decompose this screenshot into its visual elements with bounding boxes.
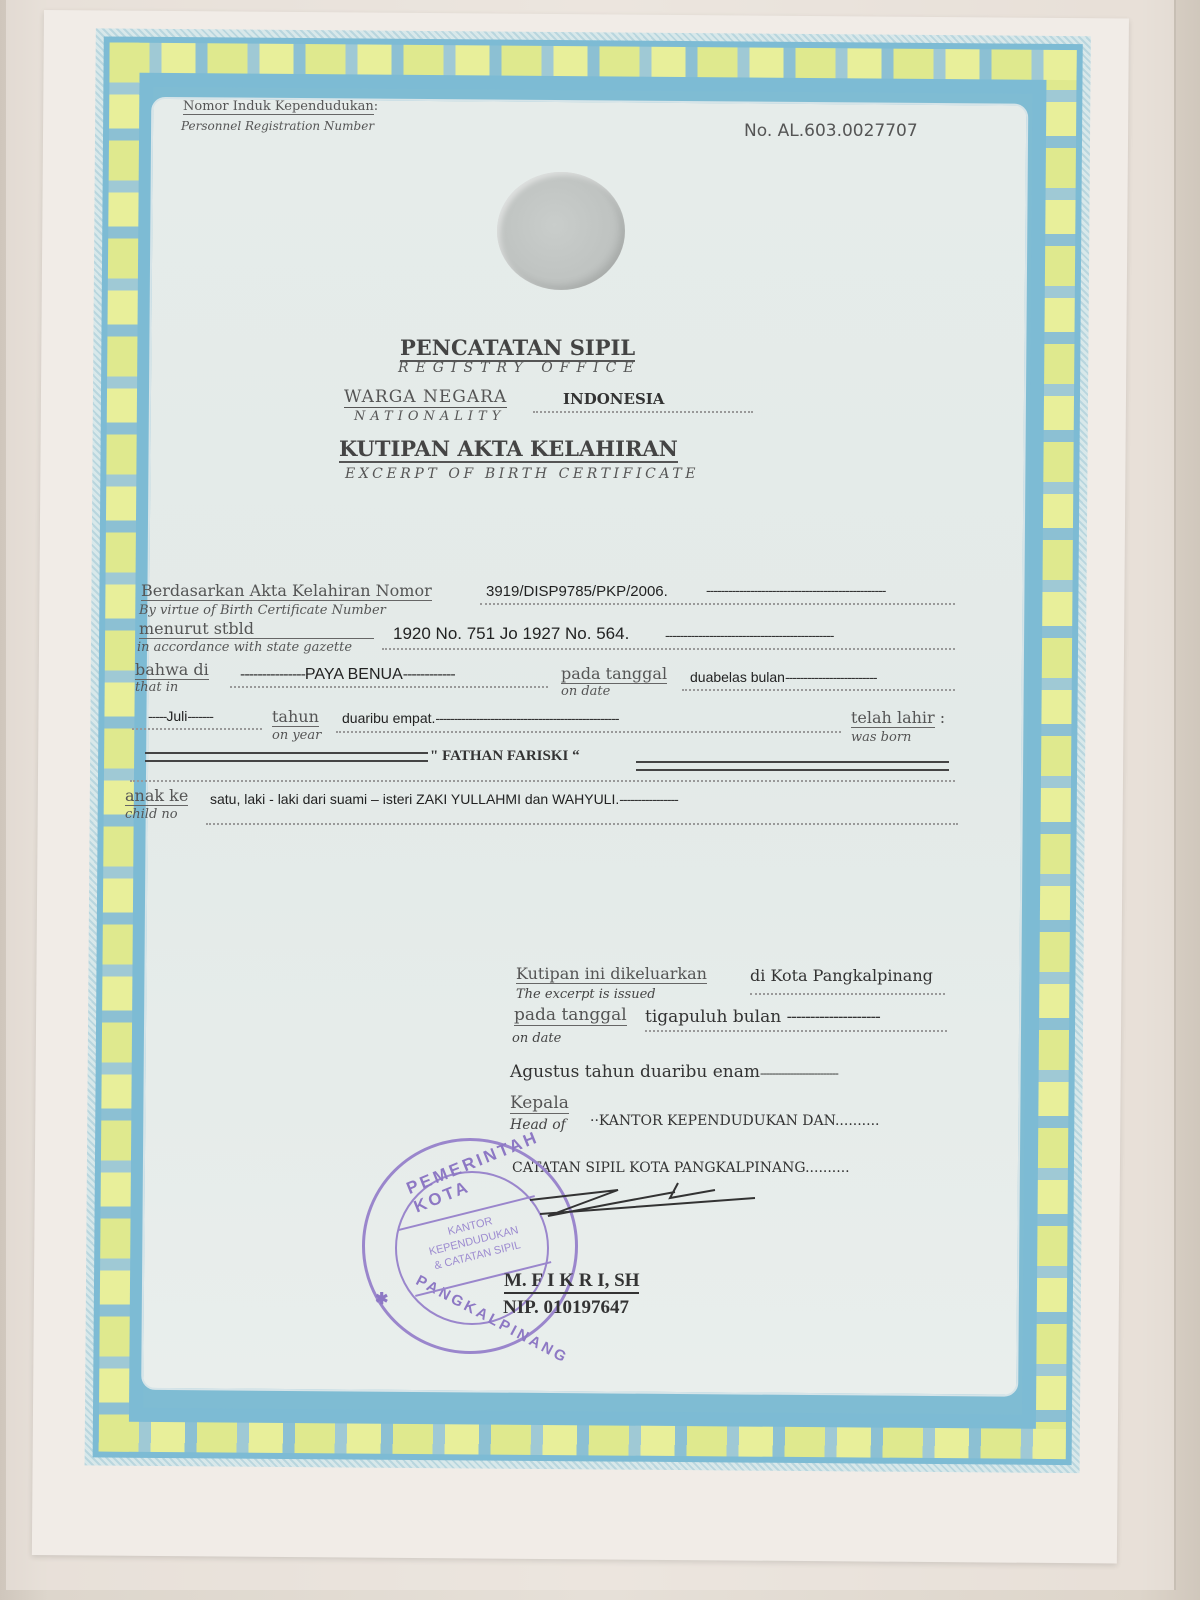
year-dotline — [336, 731, 841, 733]
year-label-en: on year — [272, 728, 321, 743]
issued-date-dashes: -------------------- — [787, 1007, 880, 1026]
office-line-1: ··KANTOR KEPENDUDUKAN DAN.......... — [590, 1113, 880, 1129]
date-label-text: pada tanggal — [561, 664, 667, 684]
born-label-text: telah lahir — [851, 708, 935, 728]
issued-label-en: The excerpt is issued — [516, 987, 656, 1002]
name-rule-right — [636, 761, 949, 771]
office-title: PENCATATAN SIPIL — [400, 335, 635, 362]
place-value: PAYA BENUA — [305, 666, 403, 683]
official-name: M. F I K R I, SH — [504, 1270, 639, 1294]
name-dotline — [130, 780, 955, 782]
serial-number: No. AL.603.0027707 — [744, 121, 918, 141]
child-no-dotline — [206, 823, 958, 825]
stamp-star-icon: ✱ — [375, 1289, 388, 1309]
nationality-label-text: WARGA NEGARA — [344, 387, 507, 408]
issued-place-dotline — [750, 993, 945, 995]
date-dotline — [682, 689, 955, 691]
cert-number-label-en: By virtue of Birth Certificate Number — [139, 603, 386, 618]
place-value-line: ---------------PAYA BENUA------------ — [240, 666, 455, 684]
official-nip: NIP. 010197647 — [503, 1297, 629, 1319]
issued-month-line: Agustus tahun duaribu enam--------------… — [510, 1062, 838, 1082]
place-dashes-left: --------------- — [240, 666, 305, 683]
name-rule-left — [145, 752, 428, 762]
nationality-dotline — [533, 411, 753, 413]
nik-label-text: Nomor Induk Kependudukan — [183, 99, 374, 115]
issued-place: di Kota Pangkalpinang — [750, 966, 933, 985]
place-dotline — [230, 686, 548, 688]
month-line: -----Juli------- — [148, 708, 213, 724]
document-title: KUTIPAN AKTA KELAHIRAN — [339, 436, 678, 463]
office-line-2-text: CATATAN SIPIL KOTA PANGKALPINANG — [512, 1160, 805, 1176]
nationality-label-en: NATIONALITY — [354, 409, 505, 424]
child-no-value-line: satu, laki - laki dari suami – isteri ZA… — [210, 791, 678, 807]
cert-number-label-text: Berdasarkan Akta Kelahiran Nomor — [141, 581, 432, 601]
stbld-dashes: ----------------------------------------… — [665, 627, 833, 643]
child-no-label: anak ke — [125, 786, 188, 806]
month-dashes-right: ------- — [187, 708, 213, 724]
year-value: duaribu empat. — [342, 710, 435, 726]
born-label: telah lahir : — [851, 708, 945, 728]
issued-date-label: pada tanggal — [514, 1005, 627, 1026]
cert-number-value: 3919/DISP9785/PKP/2006. — [486, 583, 668, 600]
date-value-line: duabelas bulan------------------------- — [690, 669, 877, 685]
stbld-label-text: menurut stbld — [139, 619, 374, 639]
office-title-en: REGISTRY OFFICE — [398, 360, 641, 376]
date-label-en: on date — [561, 684, 610, 699]
child-no-value: satu, laki - laki dari suami – isteri ZA… — [210, 791, 619, 807]
issued-date-label-en: on date — [512, 1031, 561, 1046]
issued-date-dotline — [645, 1030, 947, 1032]
issued-date-label-text: pada tanggal — [514, 1005, 627, 1026]
head-label: Kepala — [510, 1093, 569, 1114]
office-line-1-text: KANTOR KEPENDUDUKAN DAN — [599, 1113, 835, 1129]
stbld-label-en: in accordance with state gazette — [137, 640, 352, 655]
stbld-dotline — [382, 648, 955, 650]
year-label: tahun — [272, 707, 319, 727]
date-label: pada tanggal — [561, 664, 667, 684]
child-name: " FATHAN FARISKI “ — [430, 748, 580, 765]
child-no-dashes: ---------------- — [619, 791, 678, 807]
place-label: bahwa di — [135, 660, 209, 680]
nationality-label: WARGA NEGARA — [344, 387, 507, 408]
year-value-line: duaribu empat.--------------------------… — [342, 710, 619, 726]
year-dashes: ----------------------------------------… — [435, 710, 618, 726]
issued-month-dashes: -------------------------- — [760, 1066, 838, 1080]
office-line-2: CATATAN SIPIL KOTA PANGKALPINANG........… — [512, 1160, 850, 1176]
child-no-label-text: anak ke — [125, 786, 188, 806]
nik-label: Nomor Induk Kependudukan: — [183, 99, 378, 115]
place-label-text: bahwa di — [135, 660, 209, 680]
child-no-label-en: child no — [125, 807, 178, 822]
issued-label: Kutipan ini dikeluarkan — [516, 964, 707, 984]
date-dashes: ------------------------- — [785, 669, 877, 685]
nationality-value: INDONESIA — [563, 390, 664, 408]
stbld-label: menurut stbld — [139, 619, 374, 639]
place-label-en: that in — [135, 680, 178, 695]
cert-number-label: Berdasarkan Akta Kelahiran Nomor — [141, 581, 432, 601]
date-value: duabelas bulan — [690, 669, 785, 685]
month-dotline — [132, 728, 262, 730]
issued-label-text: Kutipan ini dikeluarkan — [516, 964, 707, 984]
nik-label-en: Personnel Registration Number — [181, 119, 374, 133]
embossed-seal — [497, 172, 625, 290]
place-dashes-right: ------------ — [403, 666, 455, 683]
issued-date-line: tigapuluh bulan -------------------- — [645, 1007, 880, 1027]
cert-number-dashes: ----------------------------------------… — [706, 582, 885, 598]
stbld-value: 1920 No. 751 Jo 1927 No. 564. — [393, 624, 629, 644]
nik-colon: : — [374, 99, 378, 114]
official-stamp: PEMERINTAH KOTA PANGKALPINANG KANTOR KEP… — [362, 1138, 578, 1354]
month-dashes-left: ----- — [148, 708, 166, 724]
issued-date-value: tigapuluh bulan — [645, 1007, 781, 1027]
cert-number-dotline — [480, 603, 955, 605]
signature — [500, 1178, 770, 1233]
document-title-en: EXCERPT OF BIRTH CERTIFICATE — [345, 466, 699, 482]
head-label-text: Kepala — [510, 1093, 569, 1114]
issued-month-year: Agustus tahun duaribu enam — [510, 1062, 760, 1082]
born-label-en: was born — [851, 730, 911, 745]
year-label-text: tahun — [272, 707, 319, 727]
month-value: Juli — [166, 708, 187, 724]
